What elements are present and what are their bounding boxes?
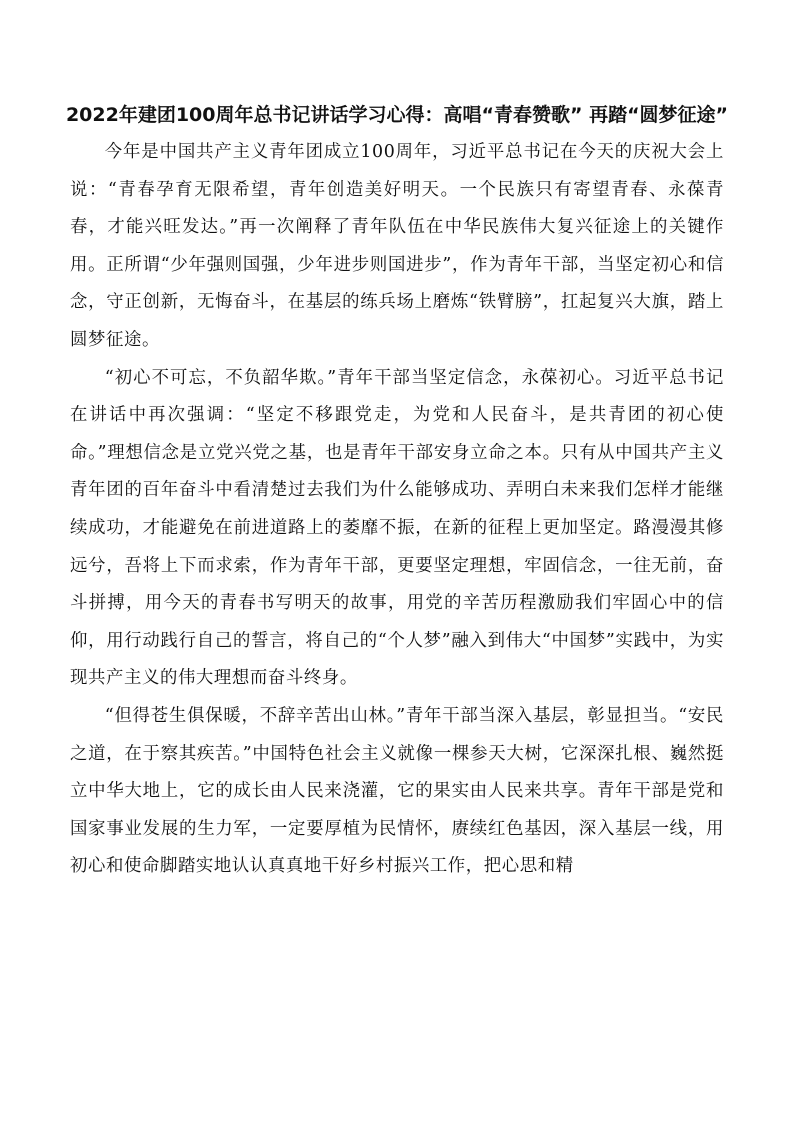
paragraph-1: 今年是中国共产主义青年团成立100周年，习近平总书记在今天的庆祝大会上说：“青春… (70, 134, 724, 360)
document-page: 2022年建团100周年总书记讲话学习心得：高唱“青春赞歌” 再踏“圆梦征途” … (70, 96, 724, 886)
document-title: 2022年建团100周年总书记讲话学习心得：高唱“青春赞歌” 再踏“圆梦征途” (64, 96, 730, 134)
paragraph-2: “初心不可忘，不负韶华欺。”青年干部当坚定信念，永葆初心。习近平总书记在讲话中再… (70, 360, 724, 698)
paragraph-3: “但得苍生俱保暖，不辞辛苦出山林。”青年干部当深入基层，彰显担当。“安民之道，在… (70, 698, 724, 886)
